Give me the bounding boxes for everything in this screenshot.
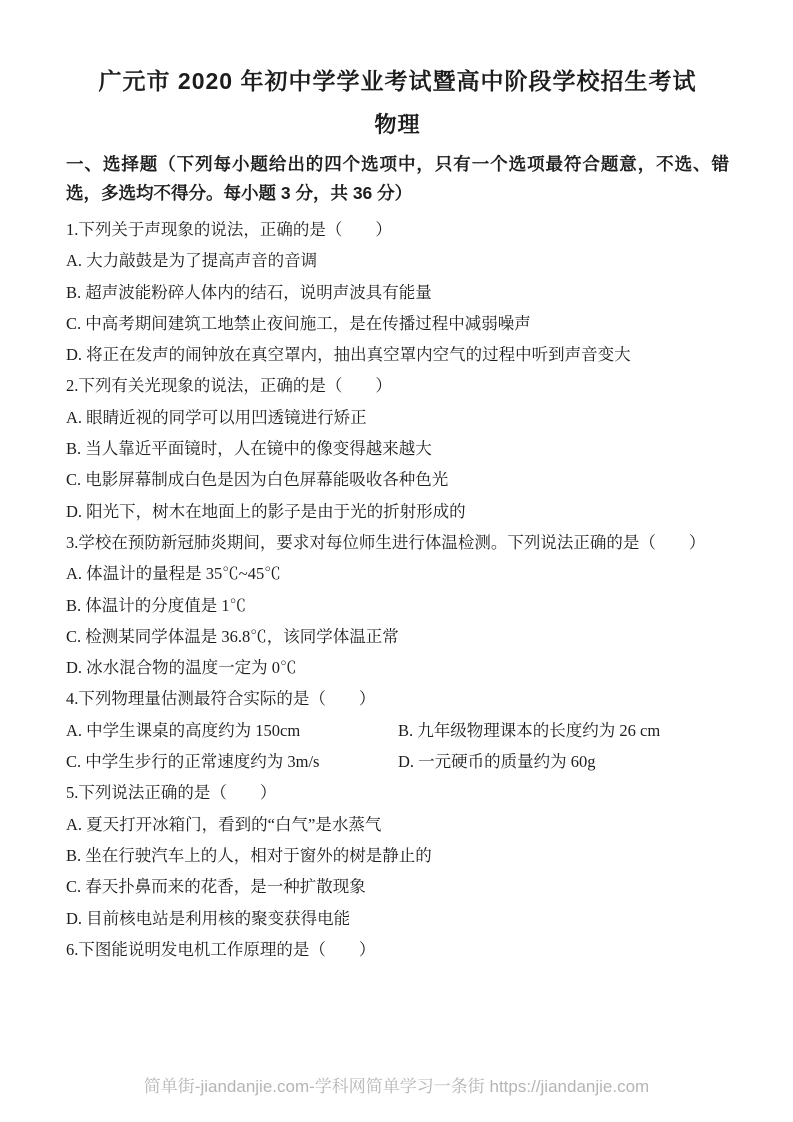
question-3-option-d: D. 冰水混合物的温度一定为 0℃ xyxy=(66,652,729,683)
question-5: 5.下列说法正确的是（ ） A. 夏天打开冰箱门，看到的“白气”是水蒸气 B. … xyxy=(66,777,729,933)
question-4-option-a: A. 中学生课桌的高度约为 150cm xyxy=(66,715,398,746)
question-3: 3.学校在预防新冠肺炎期间，要求对每位师生进行体温检测。下列说法正确的是（ ） … xyxy=(66,527,729,683)
question-3-stem: 3.学校在预防新冠肺炎期间，要求对每位师生进行体温检测。下列说法正确的是（ ） xyxy=(66,527,729,558)
question-2-option-c: C. 电影屏幕制成白色是因为白色屏幕能吸收各种色光 xyxy=(66,464,729,495)
question-3-option-a: A. 体温计的量程是 35℃~45℃ xyxy=(66,558,729,589)
question-2-option-d: D. 阳光下，树木在地面上的影子是由于光的折射形成的 xyxy=(66,496,729,527)
question-2-option-b: B. 当人靠近平面镜时，人在镜中的像变得越来越大 xyxy=(66,433,729,464)
question-2-option-a: A. 眼睛近视的同学可以用凹透镜进行矫正 xyxy=(66,402,729,433)
question-4-stem: 4.下列物理量估测最符合实际的是（ ） xyxy=(66,683,729,714)
question-3-option-b: B. 体温计的分度值是 1℃ xyxy=(66,590,729,621)
exam-subject: 物理 xyxy=(66,110,729,140)
footer-watermark: 简单街-jiandanjie.com-学科网简单学习一条街 https://ji… xyxy=(0,1076,793,1098)
question-2: 2.下列有关光现象的说法，正确的是（ ） A. 眼睛近视的同学可以用凹透镜进行矫… xyxy=(66,370,729,526)
question-5-option-a: A. 夏天打开冰箱门，看到的“白气”是水蒸气 xyxy=(66,809,729,840)
question-3-option-c: C. 检测某同学体温是 36.8℃，该同学体温正常 xyxy=(66,621,729,652)
exam-paper-page: 广元市 2020 年初中学学业考试暨高中阶段学校招生考试 物理 一、选择题（下列… xyxy=(0,0,793,1122)
section-heading: 一、选择题（下列每小题给出的四个选项中，只有一个选项最符合题意，不选、错选，多选… xyxy=(66,150,729,208)
question-2-stem: 2.下列有关光现象的说法，正确的是（ ） xyxy=(66,370,729,401)
question-5-stem: 5.下列说法正确的是（ ） xyxy=(66,777,729,808)
question-1-option-c: C. 中高考期间建筑工地禁止夜间施工，是在传播过程中减弱噪声 xyxy=(66,308,729,339)
exam-paper-content: 广元市 2020 年初中学学业考试暨高中阶段学校招生考试 物理 一、选择题（下列… xyxy=(0,0,793,965)
question-list: 1.下列关于声现象的说法，正确的是（ ） A. 大力敲鼓是为了提高声音的音调 B… xyxy=(66,214,729,965)
exam-title: 广元市 2020 年初中学学业考试暨高中阶段学校招生考试 xyxy=(66,64,729,98)
question-4-options-row-1: A. 中学生课桌的高度约为 150cm B. 九年级物理课本的长度约为 26 c… xyxy=(66,715,729,746)
question-1-stem: 1.下列关于声现象的说法，正确的是（ ） xyxy=(66,214,729,245)
question-6: 6.下图能说明发电机工作原理的是（ ） xyxy=(66,934,729,965)
question-4-options-row-2: C. 中学生步行的正常速度约为 3m/s D. 一元硬币的质量约为 60g xyxy=(66,746,729,777)
question-1: 1.下列关于声现象的说法，正确的是（ ） A. 大力敲鼓是为了提高声音的音调 B… xyxy=(66,214,729,370)
question-5-option-b: B. 坐在行驶汽车上的人，相对于窗外的树是静止的 xyxy=(66,840,729,871)
question-4-option-b: B. 九年级物理课本的长度约为 26 cm xyxy=(398,715,729,746)
question-4: 4.下列物理量估测最符合实际的是（ ） A. 中学生课桌的高度约为 150cm … xyxy=(66,683,729,777)
question-1-option-d: D. 将正在发声的闹钟放在真空罩内，抽出真空罩内空气的过程中听到声音变大 xyxy=(66,339,729,370)
question-4-option-d: D. 一元硬币的质量约为 60g xyxy=(398,746,729,777)
question-4-option-c: C. 中学生步行的正常速度约为 3m/s xyxy=(66,746,398,777)
question-1-option-b: B. 超声波能粉碎人体内的结石，说明声波具有能量 xyxy=(66,277,729,308)
question-6-stem: 6.下图能说明发电机工作原理的是（ ） xyxy=(66,934,729,965)
question-5-option-d: D. 目前核电站是利用核的聚变获得电能 xyxy=(66,903,729,934)
question-5-option-c: C. 春天扑鼻而来的花香，是一种扩散现象 xyxy=(66,871,729,902)
question-1-option-a: A. 大力敲鼓是为了提高声音的音调 xyxy=(66,245,729,276)
